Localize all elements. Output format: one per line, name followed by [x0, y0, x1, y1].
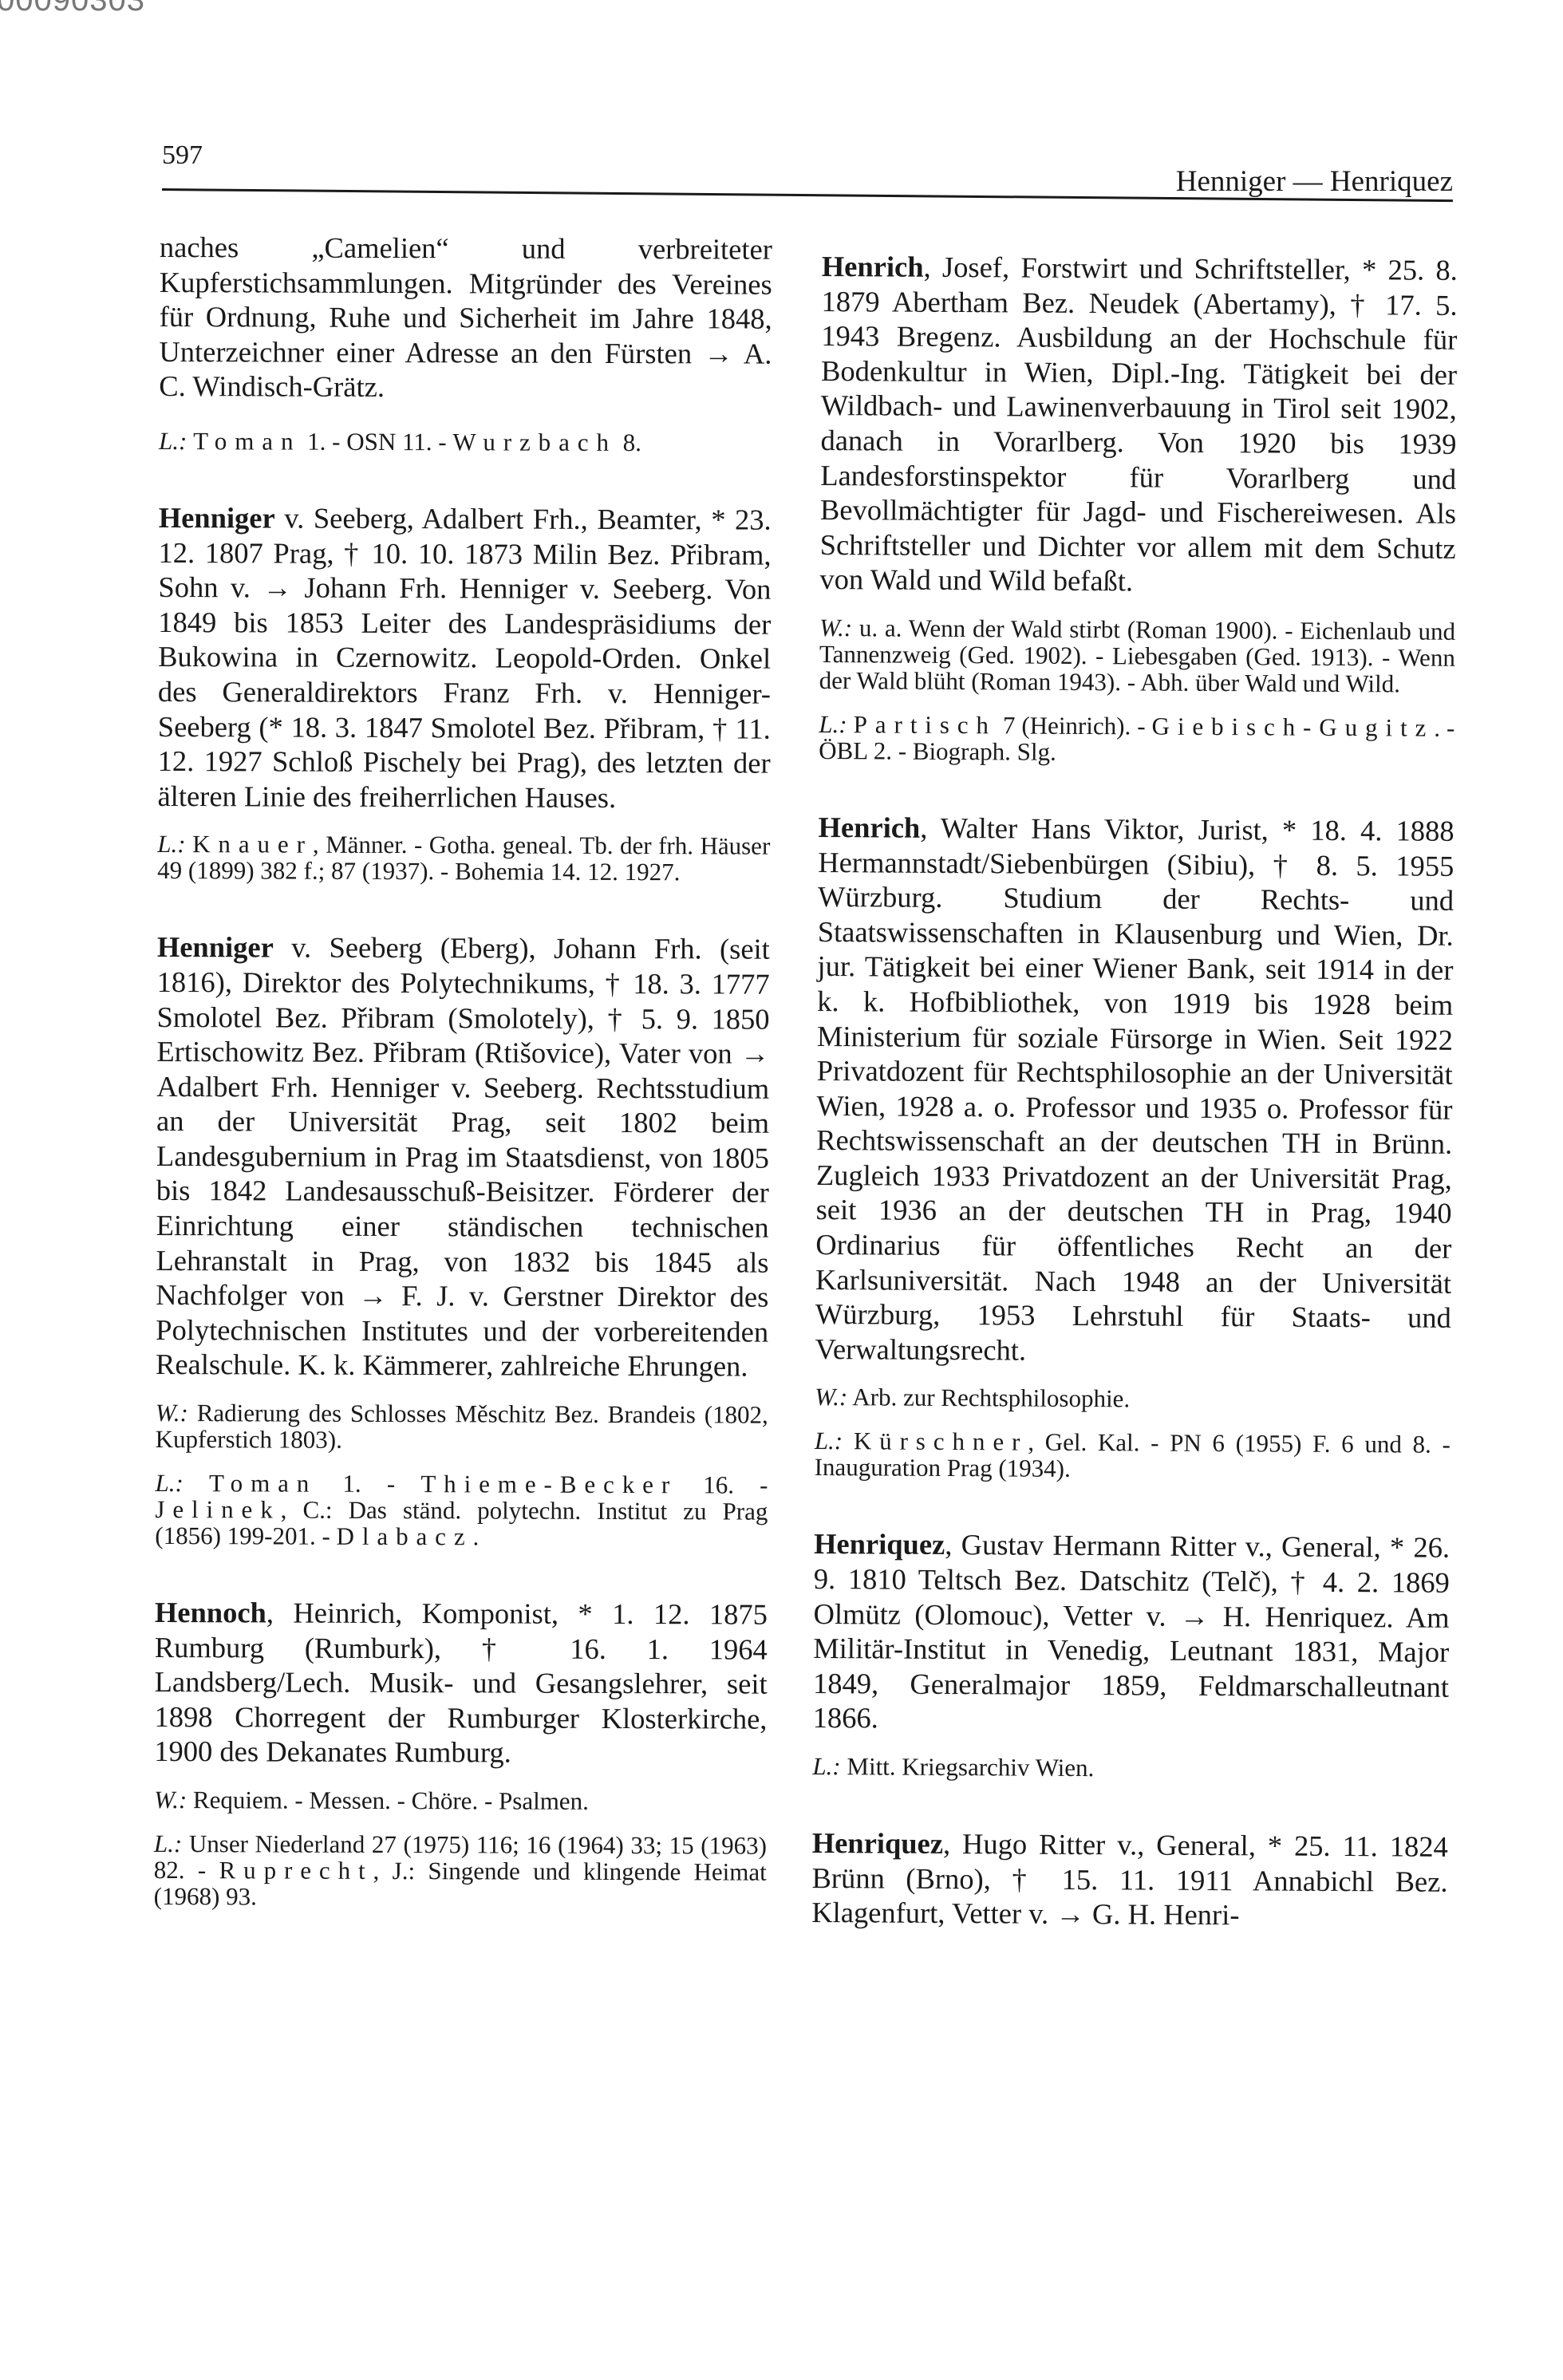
literature-line: L.: Mitt. Kriegsarchiv Wien. [812, 1753, 1448, 1783]
entry-text: Henrich, Walter Hans Viktor, Jurist, * 1… [815, 810, 1454, 1370]
biography-entry: Hennoch, Heinrich, Komponist, * 1. 12. 1… [154, 1595, 768, 1912]
ref-tag: L.: [812, 1752, 841, 1780]
ref-tag: L.: [157, 830, 185, 858]
ref-tag: L.: [155, 1469, 183, 1497]
running-head: Henniger — Henriquez [1176, 164, 1453, 199]
entries: Henniger v. Seeberg, Adalbert Frh., Beam… [154, 454, 772, 1912]
ref-tag: L.: [159, 427, 187, 455]
biography-entry: Henniger v. Seeberg, Adalbert Frh., Beam… [157, 500, 772, 886]
ref-text: 1. - [317, 1470, 420, 1498]
left-column: naches „Camelien“ und verbreiteter Kupfe… [154, 230, 772, 1912]
ref-text: Requiem. - Messen. - Chöre. - Psalmen. [187, 1786, 589, 1815]
ref-text [186, 830, 193, 858]
ref-tag: W.: [815, 1383, 847, 1411]
cited-author: Giebisch-Gugitz [1151, 712, 1434, 741]
ref-tag: L.: [154, 1829, 182, 1857]
ref-text: 1. - OSN 11. - [301, 428, 452, 456]
biography-entry: Henriquez, Gustav Hermann Ritter v., Gen… [812, 1526, 1450, 1782]
cited-author: Partisch [854, 710, 997, 739]
biography-entry: Henniger v. Seeberg (Eberg), Johann Frh.… [155, 930, 770, 1550]
ref-tag: W.: [154, 1786, 187, 1814]
ref-tag: L.: [815, 1427, 843, 1454]
cited-author: Toman [209, 1469, 317, 1497]
entry-body: v. Seeberg, Adalbert Frh., Beamter, * 23… [157, 501, 771, 813]
entry-text: Henrich, Josef, Forstwirt und Schriftste… [819, 249, 1458, 601]
literature-line: L.: Toman 1. - OSN 11. - Wurzbach 8. [159, 428, 772, 456]
cited-author: Wurzbach [452, 428, 617, 456]
ref-text [843, 1427, 854, 1455]
works-line: W.: u. a. Wenn der Wald stirbt (Roman 19… [819, 614, 1456, 697]
cited-author: Ruprecht [219, 1856, 373, 1885]
ref-text: u. a. Wenn der Wald stirbt (Roman 1900).… [819, 614, 1456, 697]
entry-text: Henriquez, Gustav Hermann Ritter v., Gen… [813, 1526, 1451, 1739]
entry-text: Henriquez, Hugo Ritter v., General, * 25… [811, 1825, 1448, 1934]
cited-author: Knauer [192, 830, 313, 858]
ref-text: Mitt. Kriegsarchiv Wien. [841, 1752, 1095, 1782]
entry-body: , Josef, Forstwirt und Schriftsteller, *… [819, 251, 1458, 598]
continuation-entry: naches „Camelien“ und verbreiteter Kupfe… [159, 230, 772, 456]
ref-text: Radierung des Schlosses Měschitz Bez. Br… [156, 1399, 768, 1454]
entry-lemma: Hennoch [155, 1596, 266, 1628]
biography-entry: Henriquez, Hugo Ritter v., General, * 25… [811, 1825, 1448, 1934]
biography-entry: Henrich, Josef, Forstwirt und Schriftste… [819, 249, 1458, 768]
entry-body: , Walter Hans Viktor, Jurist, * 18. 4. 1… [815, 811, 1454, 1367]
entry-lemma: Henniger [159, 501, 275, 535]
entry-lemma: Henrich [818, 811, 920, 844]
ref-text: 8. [617, 428, 641, 456]
entry-body: v. Seeberg (Eberg), Johann Frh. (seit 18… [156, 931, 770, 1383]
entry-text: naches „Camelien“ und verbreiteter Kupfe… [159, 230, 772, 406]
ref-text: 16. - [677, 1470, 768, 1498]
literature-line: L.: Knauer, Männer. - Gotha. geneal. Tb.… [157, 831, 770, 886]
entry-lemma: Henriquez [812, 1826, 943, 1860]
ref-tag: W.: [819, 614, 852, 641]
works-line: W.: Arb. zur Rechtsphilosophie. [815, 1383, 1451, 1414]
ref-tag: W.: [156, 1399, 188, 1427]
ref-text [184, 1469, 209, 1497]
ref-text: Arb. zur Rechtsphilosophie. [847, 1383, 1130, 1413]
ref-tag: L.: [819, 710, 847, 738]
cited-author: Thieme-Becker [420, 1470, 677, 1498]
entry-lemma: Henrich [822, 250, 924, 283]
entry-lemma: Henriquez [814, 1527, 945, 1561]
ref-text: . [473, 1522, 480, 1550]
right-column: Henrich, Josef, Forstwirt und Schriftste… [811, 249, 1458, 1934]
works-line: W.: Requiem. - Messen. - Chöre. - Psalme… [154, 1786, 767, 1815]
literature-line: L.: Partisch 7 (Heinrich). - Giebisch-Gu… [819, 711, 1454, 768]
biography-entry: Henrich, Walter Hans Viktor, Jurist, * 1… [815, 810, 1454, 1484]
page-number: 597 [162, 140, 203, 171]
literature-line: L.: Toman 1. - Thieme-Becker 16. - Jelin… [155, 1470, 768, 1551]
cited-author: Jelinek [155, 1495, 280, 1524]
entries: Henrich, Josef, Forstwirt und Schriftste… [811, 249, 1458, 1934]
ref-parts: Toman 1. - OSN 11. - Wurzbach 8. [187, 427, 641, 456]
ref-text: 7 (Heinrich). - [997, 711, 1152, 740]
cited-author: Kürschner [854, 1427, 1028, 1456]
entry-text: Henniger v. Seeberg, Adalbert Frh., Beam… [157, 500, 771, 815]
entry-text: Hennoch, Heinrich, Komponist, * 1. 12. 1… [154, 1595, 768, 1771]
cited-author: Toman [193, 427, 301, 455]
cited-author: Dlabacz [337, 1522, 473, 1551]
works-line: W.: Radierung des Schlosses Měschitz Bez… [156, 1399, 768, 1454]
entry-text: Henniger v. Seeberg (Eberg), Johann Frh.… [156, 930, 770, 1383]
scan-id-watermark: 00090303 [0, 0, 145, 18]
literature-line: L.: Unser Niederland 27 (1975) 116; 16 (… [154, 1830, 767, 1912]
literature-line: L.: Kürschner, Gel. Kal. - PN 6 (1955) F… [815, 1427, 1451, 1484]
entry-lemma: Henniger [157, 930, 274, 964]
